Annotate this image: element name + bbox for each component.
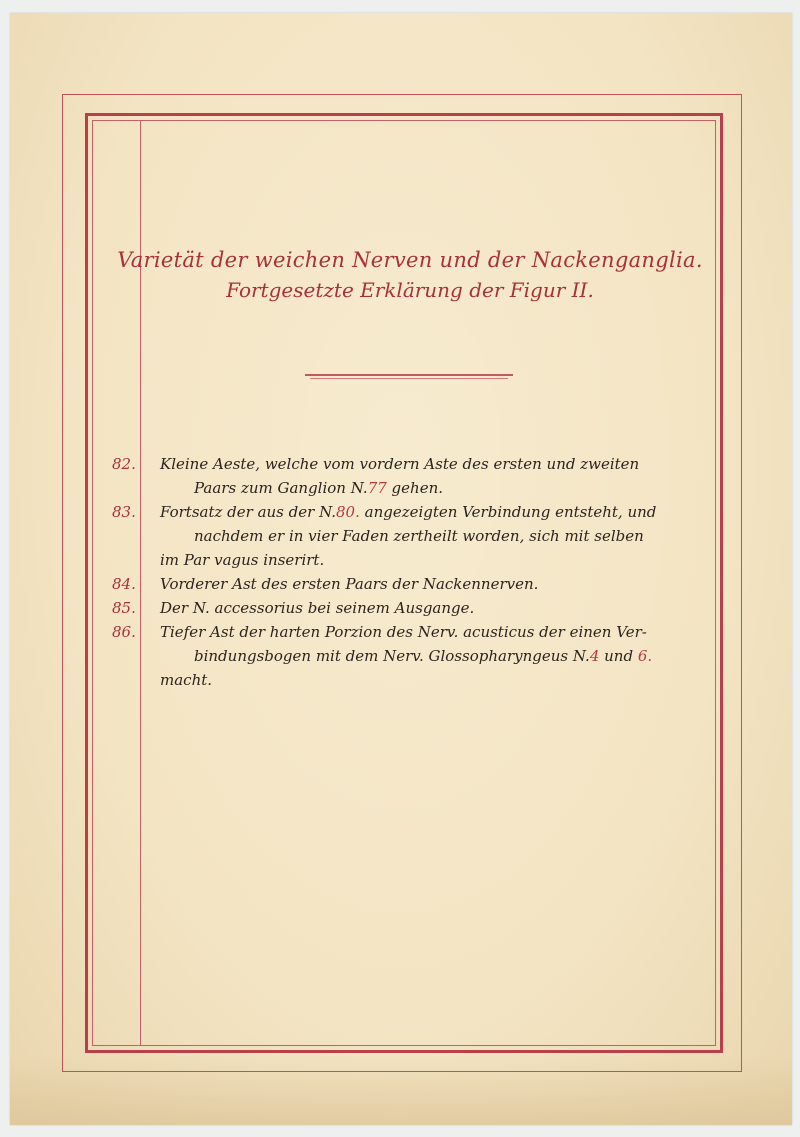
page-title: Varietät der weichen Nerven und der Nack… [110, 248, 710, 302]
entry-text: Kleine Aeste, welche vom vordern Aste de… [160, 455, 639, 473]
text: bei seinem Ausgange. [303, 599, 474, 617]
latin-term: Nerv. Glossopharyngeus [383, 647, 568, 665]
entry-text-cont: nachdem er in vier Faden zertheilt worde… [160, 524, 712, 548]
title-separator-2 [310, 378, 508, 379]
entry-86: 86. Tiefer Ast der harten Porzion des Ne… [112, 620, 712, 692]
entry-text: Vorderer Ast des ersten Paars der Nacken… [160, 575, 538, 593]
text: N. [568, 647, 590, 665]
entry-number: 85. [112, 596, 142, 620]
entry-text-cont: im Par vagus inserirt. [160, 548, 712, 572]
entry-number: 82. [112, 452, 142, 476]
latin-term: Par vagus [184, 551, 259, 569]
entry-85: 85. Der N. accessorius bei seinem Ausgan… [112, 596, 712, 620]
text: der einen Ver- [534, 623, 646, 641]
entry-84: 84. Vorderer Ast des ersten Paars der Na… [112, 572, 712, 596]
text: N. [319, 503, 336, 521]
entry-text-cont: Paars zum Ganglion N.77 gehen. [160, 476, 712, 500]
text: im [160, 551, 184, 569]
latin-term: Nerv. acusticus [418, 623, 535, 641]
reference-number: 80. [336, 503, 360, 521]
text: N. [351, 479, 368, 497]
entry-number: 83. [112, 500, 142, 524]
title-line-1: Varietät der weichen Nerven und der Nack… [110, 248, 710, 272]
latin-term: N. accessorius [193, 599, 303, 617]
text: Der [160, 599, 193, 617]
text: bindungsbogen mit dem [194, 647, 383, 665]
entry-83: 83. Fortsatz der aus der N.80. angezeigt… [112, 500, 712, 572]
text: Fortsatz der aus der [160, 503, 319, 521]
reference-number: 77 [368, 479, 387, 497]
text: Paars zum Ganglion [194, 479, 351, 497]
entry-list: 82. Kleine Aeste, welche vom vordern Ast… [112, 452, 712, 692]
text: und [599, 647, 637, 665]
text: inserirt. [258, 551, 324, 569]
entry-text-cont: bindungsbogen mit dem Nerv. Glossopharyn… [160, 644, 712, 668]
title-line-2: Fortgesetzte Erklärung der Figur II. [110, 278, 710, 302]
entry-number: 84. [112, 572, 142, 596]
text: angezeigten Verbindung entsteht, und [360, 503, 657, 521]
entry-82: 82. Kleine Aeste, welche vom vordern Ast… [112, 452, 712, 500]
title-separator [305, 374, 513, 376]
entry-number: 86. [112, 620, 142, 644]
text: Tiefer Ast der harten Porzion des [160, 623, 418, 641]
reference-number: 4 [590, 647, 600, 665]
entry-text-cont: macht. [160, 668, 712, 692]
text: gehen. [387, 479, 443, 497]
reference-number: 6. [638, 647, 652, 665]
